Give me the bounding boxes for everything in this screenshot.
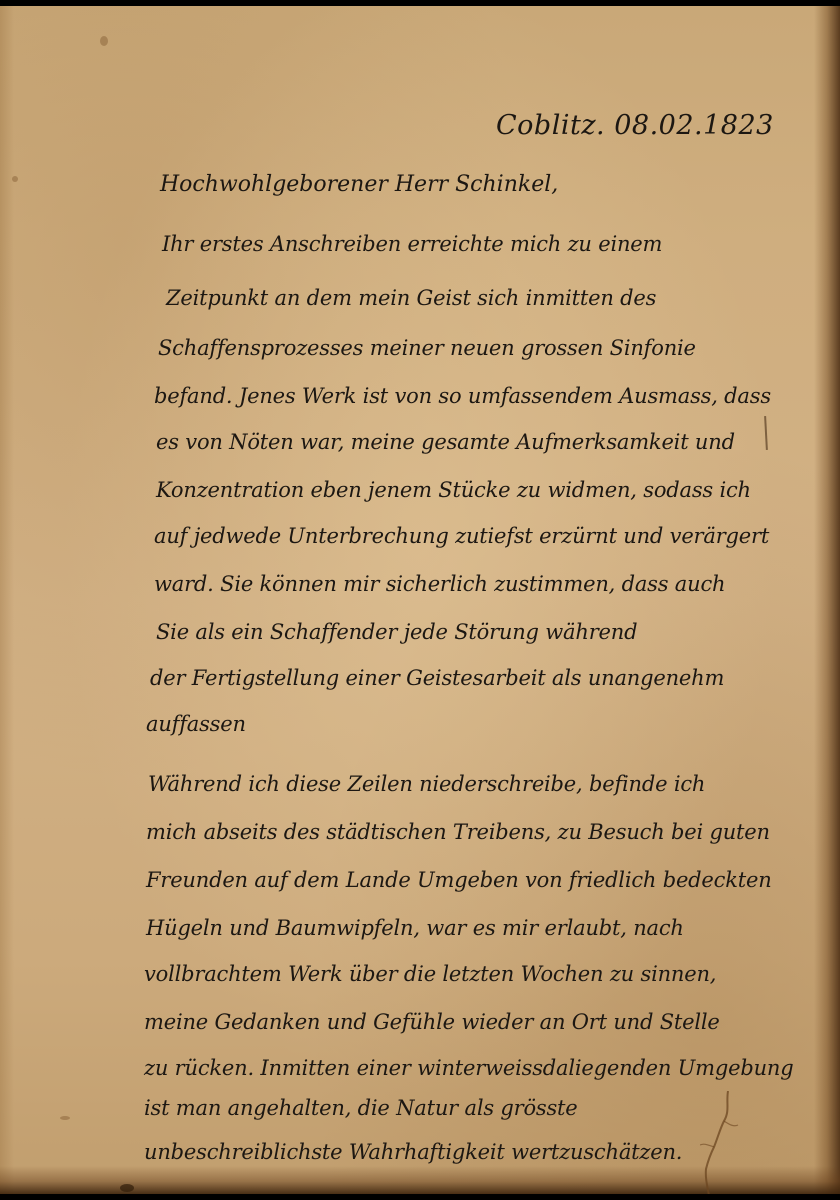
paragraph-1-line: Konzentration eben jenem Stücke zu widme… xyxy=(156,478,751,502)
paragraph-2-line: Freunden auf dem Lande Umgeben von fried… xyxy=(146,868,772,892)
paragraph-1-line: auf jedwede Unterbrechung zutiefst erzür… xyxy=(154,524,769,548)
paragraph-2-line: mich abseits des städtischen Treibens, z… xyxy=(146,820,770,844)
paragraph-2-line: Hügeln und Baumwipfeln, war es mir erlau… xyxy=(146,916,684,940)
paragraph-2-line: meine Gedanken und Gefühle wieder an Ort… xyxy=(144,1010,720,1034)
paragraph-2-line: vollbrachtem Werk über die letzten Woche… xyxy=(144,962,716,986)
aged-paper-sheet: Coblitz. 08.02.1823 Hochwohlgeborener He… xyxy=(0,6,840,1194)
paragraph-1-line: Ihr erstes Anschreiben erreichte mich zu… xyxy=(162,232,662,256)
paragraph-1-line: Schaffensprozesses meiner neuen grossen … xyxy=(158,336,696,360)
paragraph-2-line: Während ich diese Zeilen niederschreibe,… xyxy=(148,772,705,796)
paragraph-1-line: es von Nöten war, meine gesamte Aufmerks… xyxy=(156,430,735,454)
paragraph-1-line: auffassen xyxy=(146,712,246,736)
paragraph-1-line: Sie als ein Schaffender jede Störung wäh… xyxy=(156,620,637,644)
paragraph-1-line: Zeitpunkt an dem mein Geist sich inmitte… xyxy=(166,286,656,310)
letter-content: Coblitz. 08.02.1823 Hochwohlgeborener He… xyxy=(0,6,840,1194)
paragraph-2-line: ist man angehalten, die Natur als grösst… xyxy=(144,1096,578,1120)
paragraph-2-line: unbeschreiblichste Wahrhaftigkeit wertzu… xyxy=(144,1140,682,1164)
salutation: Hochwohlgeborener Herr Schinkel, xyxy=(160,172,558,197)
image-frame: Coblitz. 08.02.1823 Hochwohlgeborener He… xyxy=(0,0,840,1200)
paragraph-1-line: befand. Jenes Werk ist von so umfassende… xyxy=(154,384,771,408)
place-date-heading: Coblitz. 08.02.1823 xyxy=(496,110,774,141)
paragraph-1-line: der Fertigstellung einer Geistesarbeit a… xyxy=(150,666,724,690)
paragraph-2-line: zu rücken. Inmitten einer winterweissdal… xyxy=(144,1056,794,1080)
paragraph-1-line: ward. Sie können mir sicherlich zustimme… xyxy=(154,572,725,596)
